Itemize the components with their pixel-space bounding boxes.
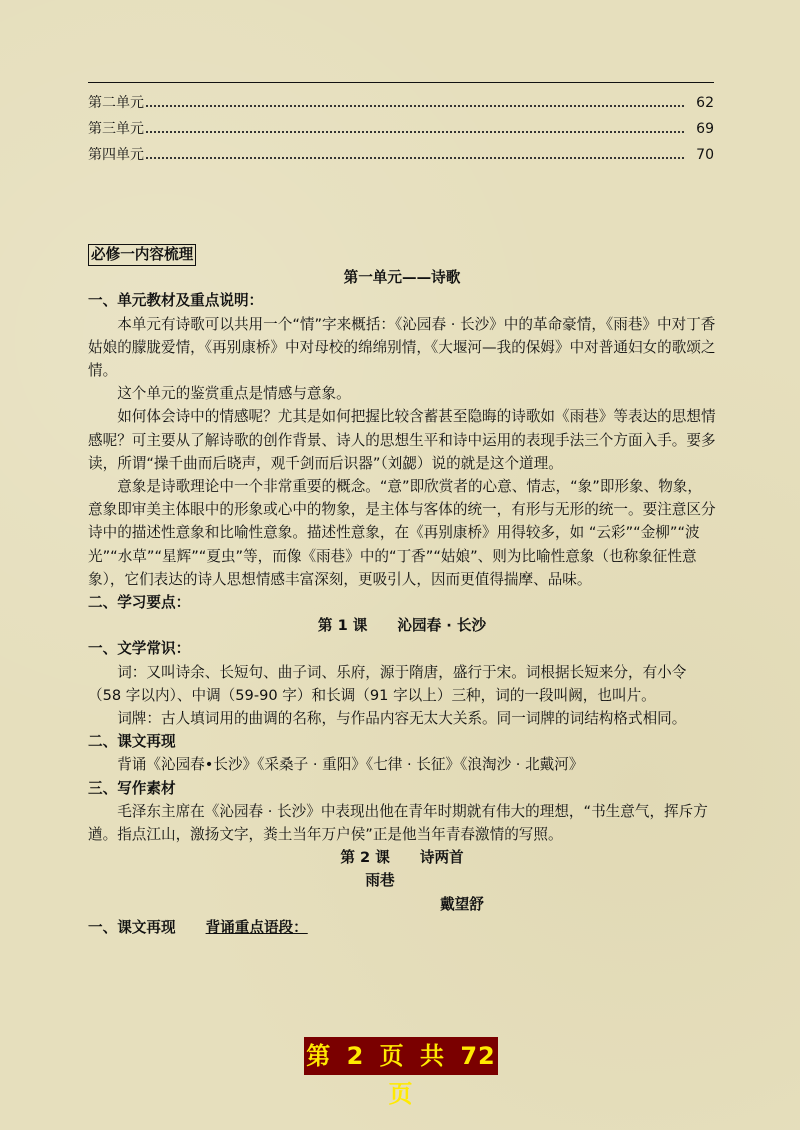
toc-entry[interactable]: 第四单元 70 (88, 144, 714, 170)
toc-leader-dots (146, 105, 684, 107)
recite-note: 背诵重点语段： (206, 919, 308, 936)
subheading: 二、课文再现 (88, 730, 716, 753)
poem-title: 雨巷 (88, 869, 716, 892)
lesson-1-title: 第 1 课沁园春 · 长沙 (88, 614, 716, 637)
lesson-name: 沁园春 · 长沙 (397, 617, 486, 634)
section-box-title: 必修一内容梳理 (88, 244, 196, 266)
page-number-badge: 第 2 页 共 72 页 (304, 1037, 498, 1075)
paragraph: 这个单元的鉴赏重点是情感与意象。 (88, 382, 716, 405)
toc-leader-dots (146, 131, 684, 133)
toc-entry[interactable]: 第二单元 62 (88, 92, 714, 118)
paragraph: 背诵《沁园春•长沙》《采桑子 · 重阳》《七律 · 长征》《浪淘沙 · 北戴河》 (88, 753, 716, 776)
table-of-contents: 第二单元 62 第三单元 69 第四单元 70 (88, 92, 714, 170)
paragraph: 词：又叫诗余、长短句、曲子词、乐府，源于隋唐，盛行于宋。词根据长短来分，有小令（… (88, 661, 716, 707)
toc-label: 第四单元 (88, 144, 144, 164)
subheading-label: 一、课文再现 (88, 919, 176, 936)
heading-unit-overview: 一、单元教材及重点说明： (88, 289, 716, 312)
lesson-2-title: 第 2 课诗两首 (88, 846, 716, 869)
toc-page-number: 70 (692, 147, 714, 163)
unit-title: 第一单元——诗歌 (88, 266, 716, 289)
lesson-number: 第 2 课 (340, 849, 390, 866)
paragraph: 毛泽东主席在《沁园春 · 长沙》中表现出他在青年时期就有伟大的理想，“书生意气，… (88, 800, 716, 846)
paragraph: 意象是诗歌理论中一个非常重要的概念。“意”即欣赏者的心意、情志，“象”即形象、物… (88, 475, 716, 591)
document-body: 必修一内容梳理 第一单元——诗歌 一、单元教材及重点说明： 本单元有诗歌可以共用… (88, 243, 716, 939)
subheading: 三、写作素材 (88, 777, 716, 800)
paragraph: 本单元有诗歌可以共用一个“情”字来概括：《沁园春 · 长沙》中的革命豪情，《雨巷… (88, 313, 716, 383)
toc-label: 第二单元 (88, 92, 144, 112)
poem-author: 戴望舒 (88, 893, 716, 916)
toc-page-number: 62 (692, 95, 714, 111)
subheading: 一、课文再现背诵重点语段： (88, 916, 716, 939)
toc-entry[interactable]: 第三单元 69 (88, 118, 714, 144)
lesson-number: 第 1 课 (318, 617, 368, 634)
lesson-name: 诗两首 (420, 849, 464, 866)
toc-page-number: 69 (692, 121, 714, 137)
paragraph: 词牌：古人填词用的曲调的名称，与作品内容无太大关系。同一词牌的词结构格式相同。 (88, 707, 716, 730)
toc-label: 第三单元 (88, 118, 144, 138)
paragraph: 如何体会诗中的情感呢？尤其是如何把握比较含蓄甚至隐晦的诗歌如《雨巷》等表达的思想… (88, 405, 716, 475)
toc-leader-dots (146, 157, 684, 159)
subheading: 一、文学常识： (88, 637, 716, 660)
heading-learning-points: 二、学习要点： (88, 591, 716, 614)
header-rule (88, 82, 714, 83)
